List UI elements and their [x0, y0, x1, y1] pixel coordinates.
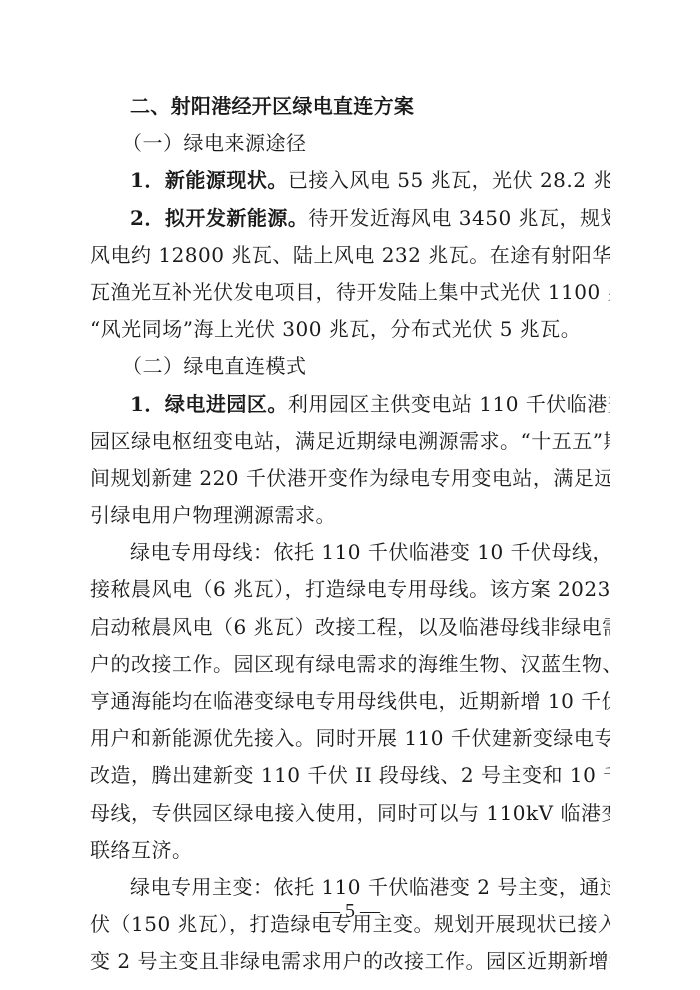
- item-3-text: 利用园区主供变电站 110 千伏临港变作为: [288, 392, 610, 416]
- busbar-line-3: 启动秾晨风电（6 兆瓦）改接工程，以及临港母线非绿电需求用: [90, 609, 610, 646]
- item-2-line-4: “风光同场”海上光伏 300 兆瓦，分布式光伏 5 兆瓦。: [90, 311, 610, 348]
- busbar-line-7: 改造，腾出建新变 110 千伏 II 段母线、2 号主变和 10 千伏 II 段: [90, 757, 610, 794]
- item-3-line-1: 1．绿电进园区。利用园区主供变电站 110 千伏临港变作为: [90, 386, 610, 423]
- item-3-line-3: 间规划新建 220 千伏港开变作为绿电专用变电站，满足远景招: [90, 460, 610, 497]
- busbar-line-1: 绿电专用母线：依托 110 千伏临港变 10 千伏母线，通过改: [90, 534, 610, 571]
- busbar-line-6: 用户和新能源优先接入。同时开展 110 千伏建新变绿电专用母线: [90, 720, 610, 757]
- item-2-text: 待开发近海风电 3450 兆瓦，规划深远海: [308, 206, 610, 230]
- item-2-line-1: 2．拟开发新能源。待开发近海风电 3450 兆瓦，规划深远海: [90, 200, 610, 237]
- page-number: — 5 —: [0, 900, 700, 923]
- busbar-line-5: 亨通海能均在临港变绿电专用母线供电，近期新增 10 千伏绿电: [90, 683, 610, 720]
- item-2-label: 2．拟开发新能源。: [130, 206, 308, 230]
- document-body: 二、射阳港经开区绿电直连方案 （一）绿电来源途径 1．新能源现状。已接入风电 5…: [90, 88, 610, 981]
- item-2-line-2: 风电约 12800 兆瓦、陆上风电 232 兆瓦。在途有射阳华盛 150 兆: [90, 237, 610, 274]
- item-1: 1．新能源现状。已接入风电 55 兆瓦，光伏 28.2 兆瓦。: [90, 162, 610, 199]
- item-3-label: 1．绿电进园区。: [130, 392, 288, 416]
- busbar-line-2: 接秾晨风电（6 兆瓦），打造绿电专用母线。该方案 2023 年已: [90, 571, 610, 608]
- item-2-line-3: 瓦渔光互补光伏发电项目，待开发陆上集中式光伏 1100 兆瓦，: [90, 274, 610, 311]
- busbar-line-8: 母线，专供园区绿电接入使用，同时可以与 110kV 临港变南北: [90, 795, 610, 832]
- transformer-line-3: 变 2 号主变且非绿电需求用户的改接工作。园区近期新增绿电用: [90, 943, 610, 980]
- document-page: 二、射阳港经开区绿电直连方案 （一）绿电来源途径 1．新能源现状。已接入风电 5…: [0, 0, 700, 990]
- subsection-title-1: （一）绿电来源途径: [90, 125, 610, 162]
- busbar-line-4: 户的改接工作。园区现有绿电需求的海维生物、汉蓝生物、中车、: [90, 646, 610, 683]
- item-1-label: 1．新能源现状。: [130, 168, 288, 192]
- item-3-line-2: 园区绿电枢纽变电站，满足近期绿电溯源需求。“十五五”期: [90, 423, 610, 460]
- subsection-title-2: （二）绿电直连模式: [90, 348, 610, 385]
- busbar-line-9: 联络互济。: [90, 832, 610, 869]
- section-title: 二、射阳港经开区绿电直连方案: [90, 88, 610, 125]
- item-3-line-4: 引绿电用户物理溯源需求。: [90, 497, 610, 534]
- item-1-text: 已接入风电 55 兆瓦，光伏 28.2 兆瓦。: [288, 168, 610, 192]
